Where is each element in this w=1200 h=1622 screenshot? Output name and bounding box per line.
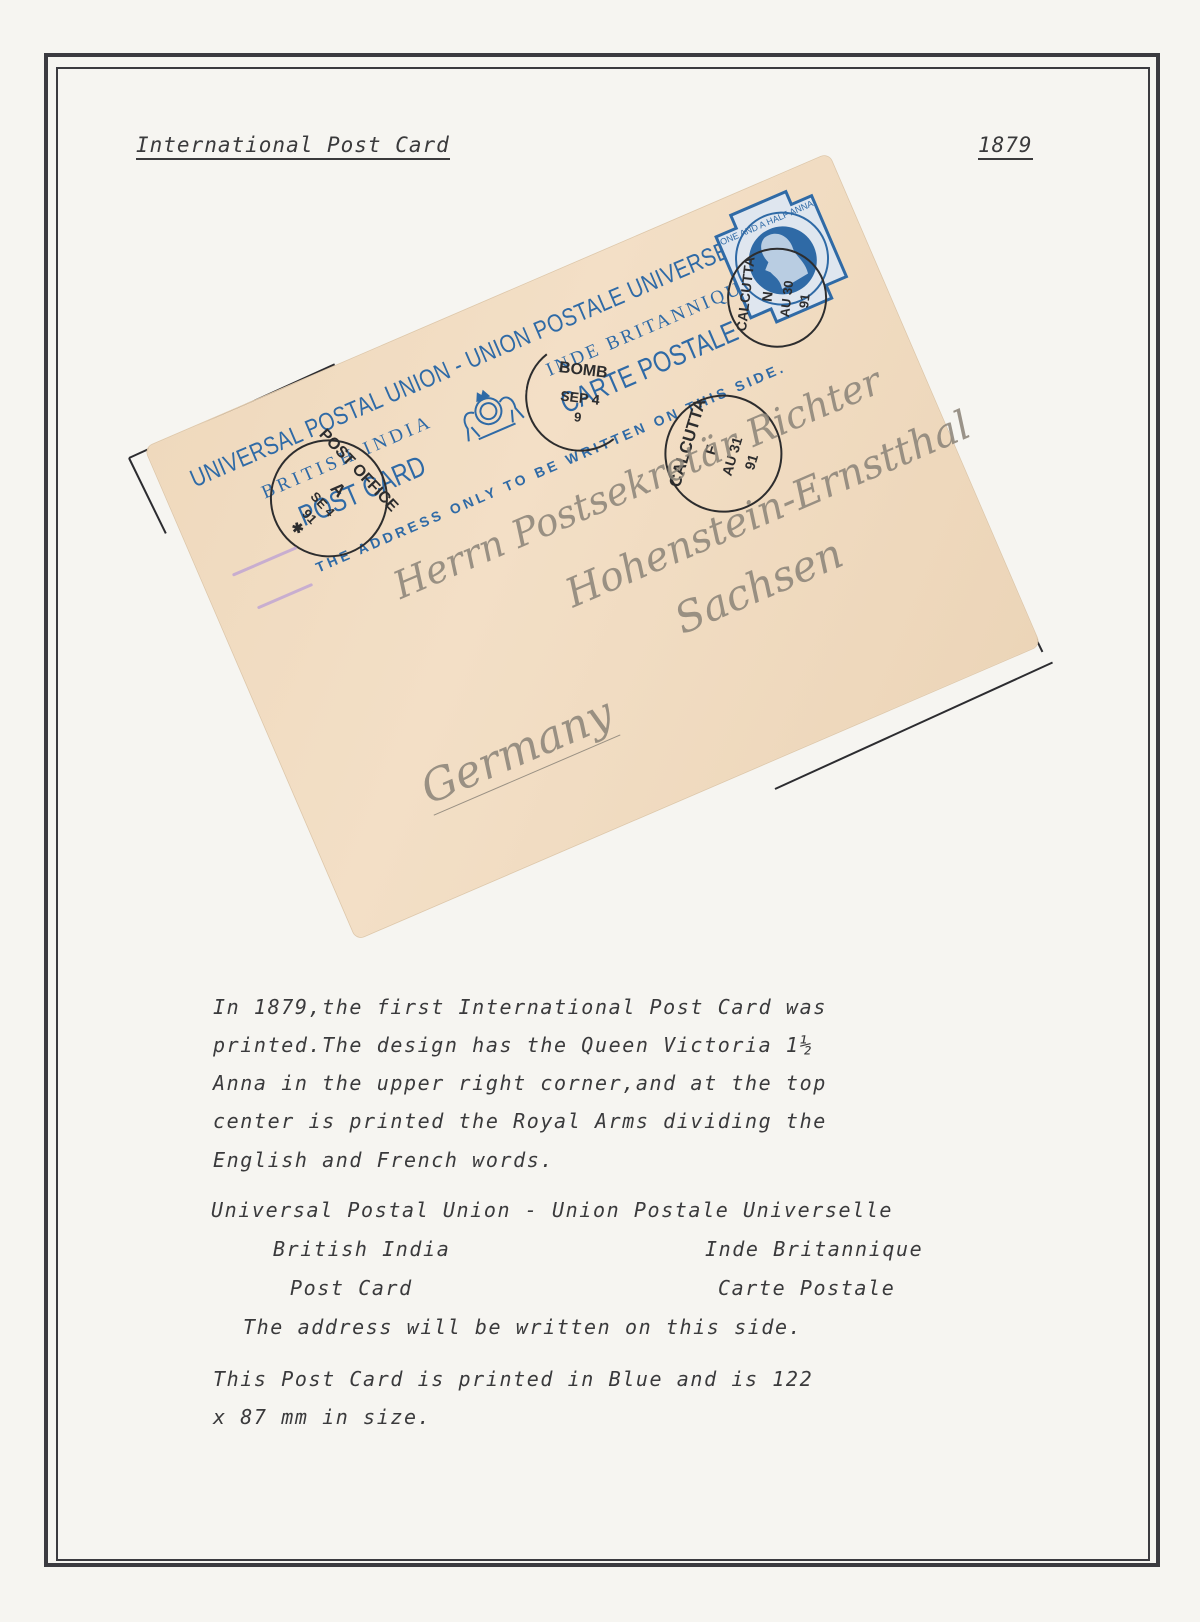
description-line: In 1879,the first International Post Car… bbox=[213, 995, 827, 1019]
translation-carte-postale: Carte Postale bbox=[718, 1276, 895, 1300]
description-line: English and French words. bbox=[213, 1148, 554, 1172]
page-year: 1879 bbox=[978, 133, 1033, 160]
translation-inde-britannique: Inde Britannique bbox=[705, 1237, 923, 1261]
page-title: International Post Card bbox=[136, 133, 450, 160]
violet-ink-mark bbox=[232, 546, 297, 576]
translation-post-card: Post Card bbox=[290, 1276, 413, 1300]
handwritten-country: Germany bbox=[413, 687, 620, 815]
description-line: Anna in the upper right corner,and at th… bbox=[213, 1071, 827, 1095]
description-line: printed.The design has the Queen Victori… bbox=[213, 1033, 813, 1057]
description-line: center is printed the Royal Arms dividin… bbox=[213, 1109, 827, 1133]
size-line: This Post Card is printed in Blue and is… bbox=[213, 1367, 813, 1391]
size-line: x 87 mm in size. bbox=[213, 1405, 431, 1429]
translation-address-line: The address will be written on this side… bbox=[243, 1315, 802, 1339]
translation-union-line: Universal Postal Union - Union Postale U… bbox=[211, 1198, 893, 1222]
violet-ink-mark bbox=[257, 583, 313, 609]
translation-british-india: British India bbox=[273, 1237, 450, 1261]
